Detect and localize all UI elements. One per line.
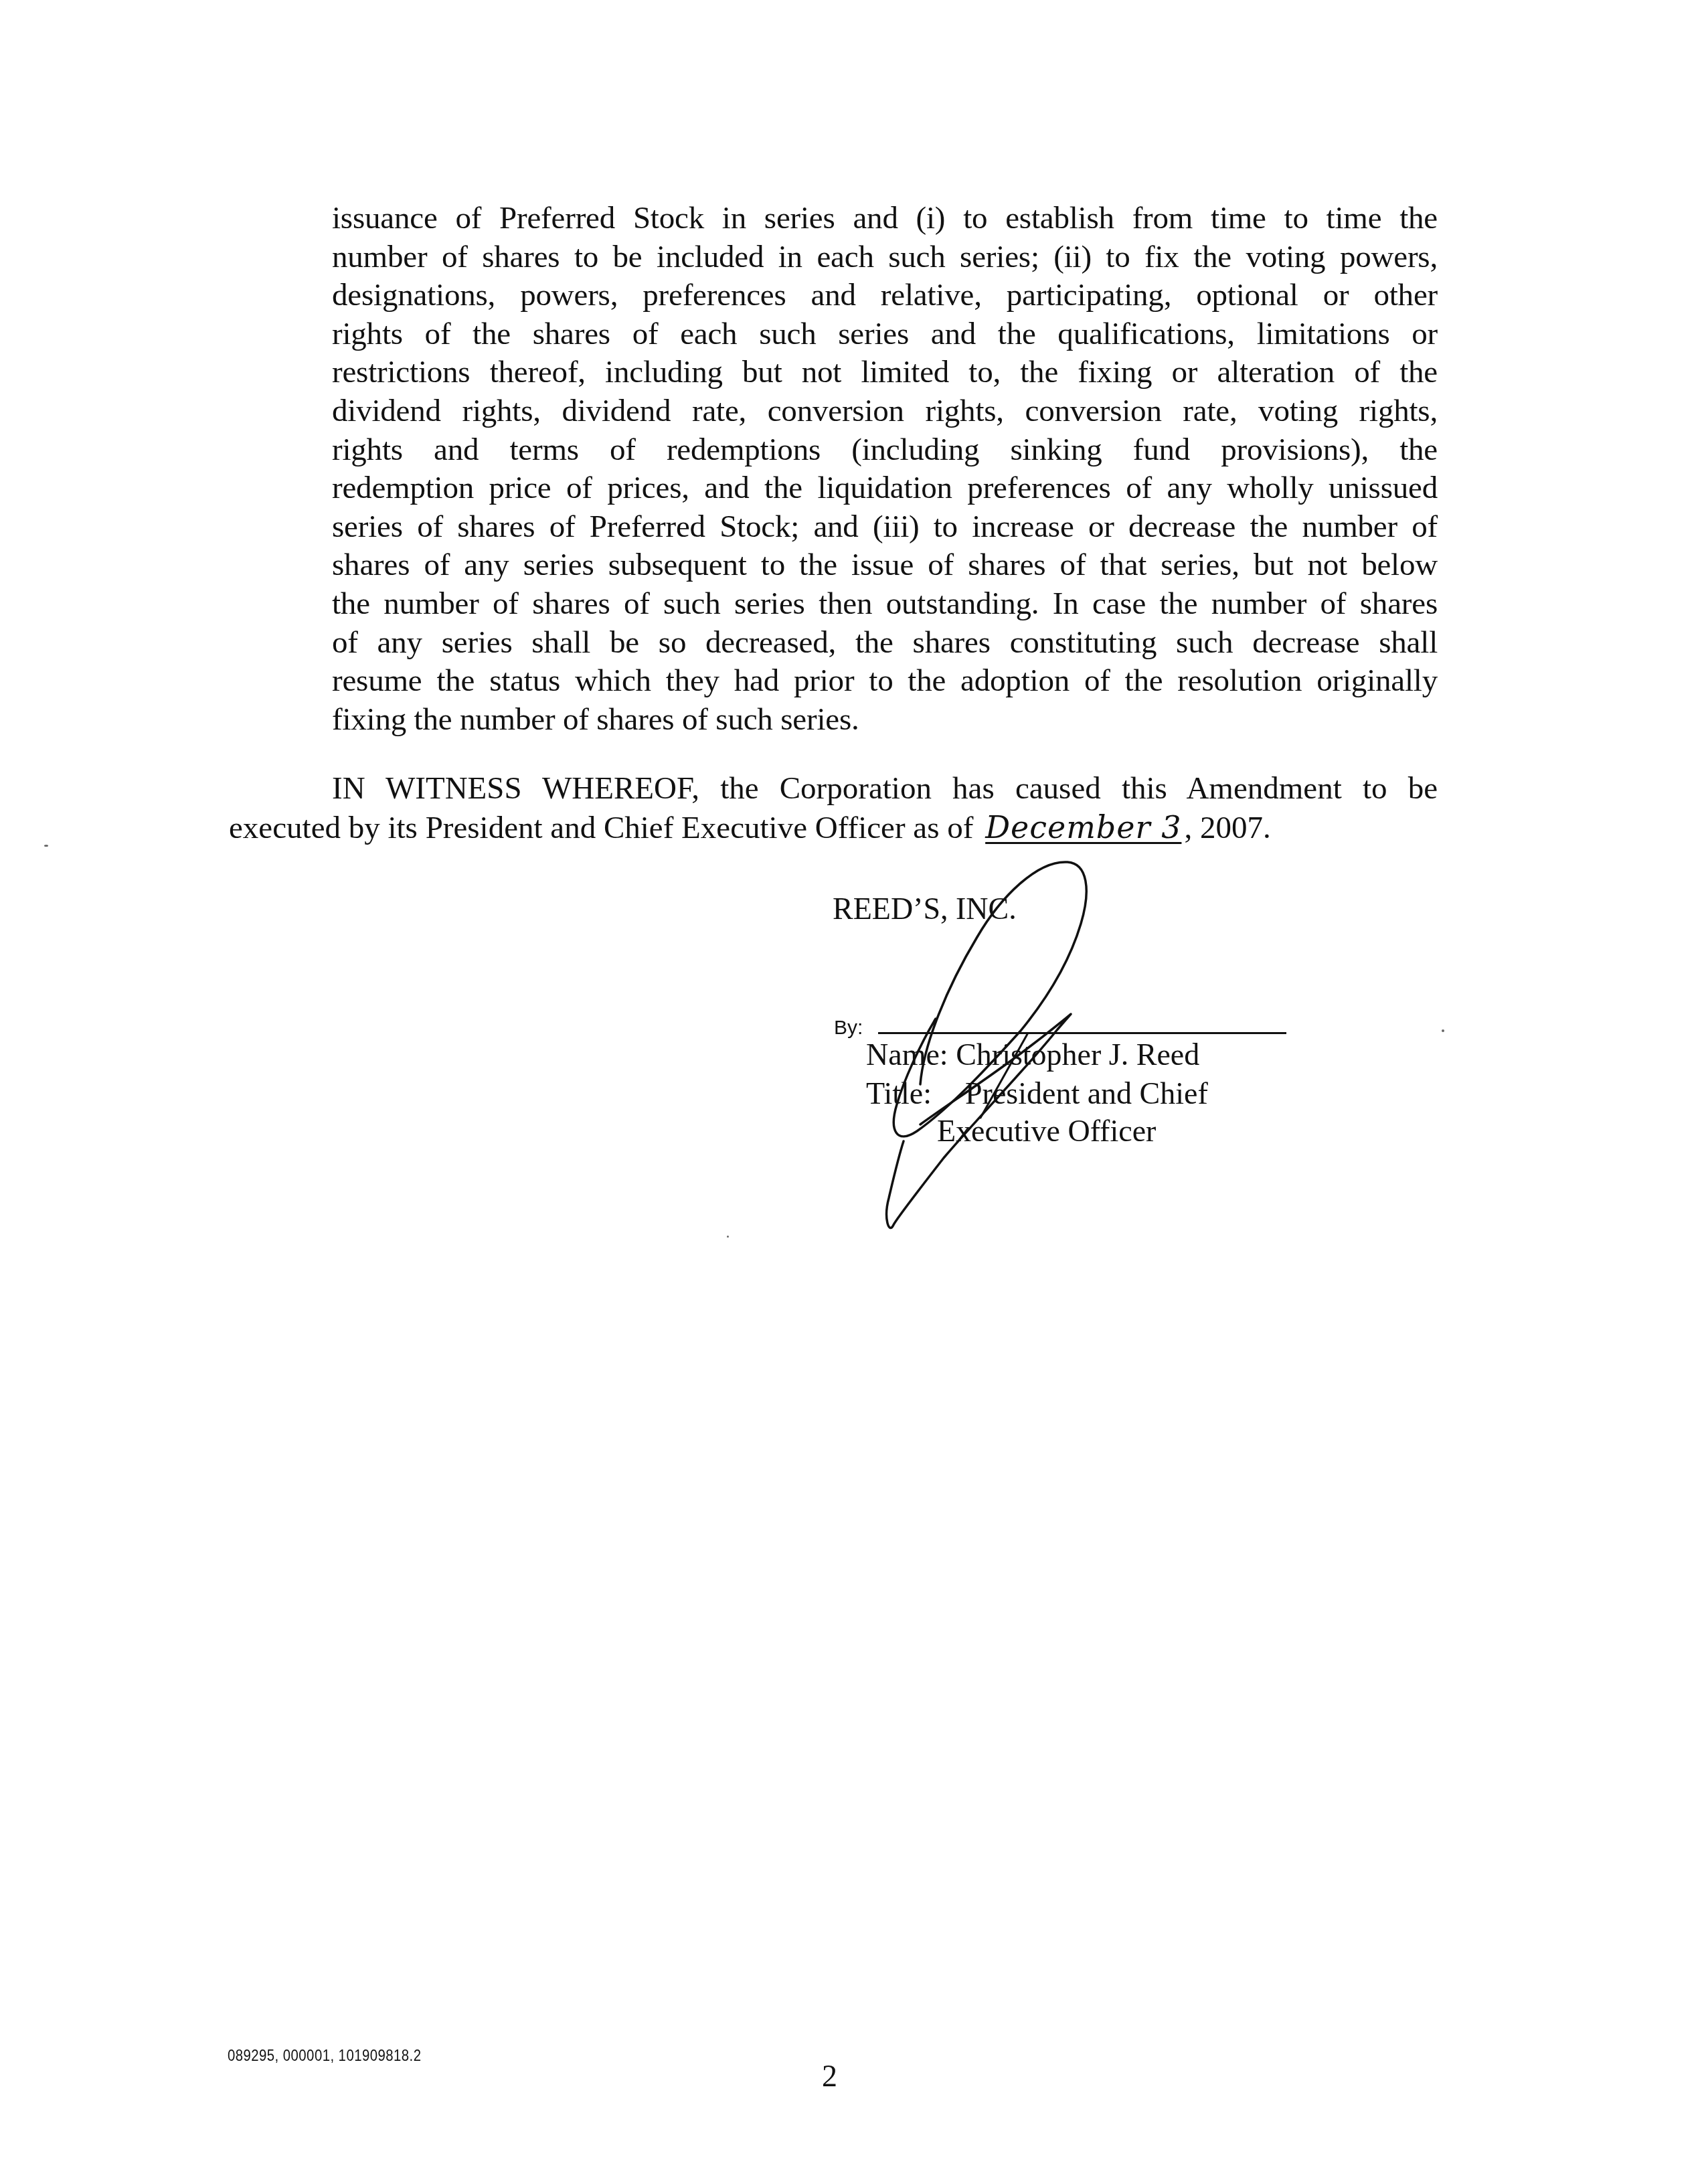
witness-line-2: executed by its President and Chief Exec… <box>229 809 1438 848</box>
name-label: Name: <box>866 1037 948 1072</box>
company-name: REED’S, INC. <box>833 890 1017 928</box>
paragraph-line: series of shares of Preferred Stock; and… <box>332 508 1438 547</box>
witness-clause: IN WITNESS WHEREOF, the Corporation has … <box>229 770 1438 847</box>
page-number: 2 <box>822 2058 837 2094</box>
handwritten-date: December 3 <box>981 809 1184 845</box>
paragraph-line: rights and terms of redemptions (includi… <box>332 431 1438 470</box>
paragraph-line: the number of shares of such series then… <box>332 585 1438 624</box>
by-label: By: <box>834 1009 863 1047</box>
title-label: Title: <box>866 1075 965 1112</box>
paragraph-line: dividend rights, dividend rate, conversi… <box>332 392 1438 431</box>
document-page: issuance of Preferred Stock in series an… <box>0 0 1704 2184</box>
signer-title-line-1: President and Chief <box>965 1076 1208 1110</box>
paragraph-line: redemption price of prices, and the liqu… <box>332 469 1438 508</box>
paragraph-line: issuance of Preferred Stock in series an… <box>332 199 1438 238</box>
signer-title-row: Title:President and Chief <box>866 1075 1208 1112</box>
preferred-stock-paragraph: issuance of Preferred Stock in series an… <box>332 199 1438 739</box>
signature-line-row: By: <box>834 1004 1302 1037</box>
scan-speck <box>1442 1029 1444 1032</box>
paragraph-line: rights of the shares of each such series… <box>332 315 1438 354</box>
signer-name-row: Name: Christopher J. Reed <box>866 1036 1199 1074</box>
paragraph-line: resume the status which they had prior t… <box>332 662 1438 701</box>
paragraph-line: number of shares to be included in each … <box>332 238 1438 277</box>
document-id: 089295, 000001, 101909818.2 <box>228 2047 421 2066</box>
signer-name: Christopher J. Reed <box>956 1037 1199 1072</box>
witness-line-2-suffix: , 2007. <box>1184 811 1270 845</box>
witness-line-2-prefix: executed by its President and Chief Exec… <box>229 811 973 845</box>
paragraph-line: restrictions thereof, including but not … <box>332 353 1438 392</box>
scan-speck <box>727 1236 729 1238</box>
paragraph-line: designations, powers, preferences and re… <box>332 276 1438 315</box>
paragraph-line: of any series shall be so decreased, the… <box>332 624 1438 663</box>
signer-title-line-2: Executive Officer <box>937 1112 1156 1150</box>
paragraph-line: fixing the number of shares of such seri… <box>332 701 1438 740</box>
paragraph-line: shares of any series subsequent to the i… <box>332 546 1438 585</box>
signature-line <box>878 1032 1286 1034</box>
scan-speck <box>44 845 48 847</box>
witness-line-1: IN WITNESS WHEREOF, the Corporation has … <box>229 770 1438 809</box>
